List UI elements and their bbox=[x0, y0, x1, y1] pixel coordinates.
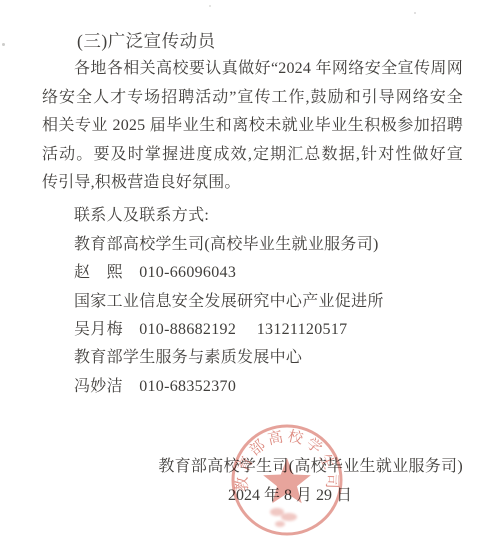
contact-person-line: 冯妙洁 010-68352370 bbox=[74, 373, 463, 401]
paragraph-line: 活动。要及时掌握进度成效,定期汇总数据,针对性做好宣 bbox=[42, 141, 463, 169]
body-paragraph: 各地各相关高校要认真做好“2024 年网络安全宣传周网 络安全人才专场招聘活动”… bbox=[42, 55, 463, 197]
paragraph-line: 各地各相关高校要认真做好“2024 年网络安全宣传周网 bbox=[42, 55, 463, 83]
contact-person-line: 赵 熙 010-66096043 bbox=[74, 259, 463, 287]
signature-block: 教育部高校学生司(高校毕业生就业服务司) 2024 年 8 月 29 日 bbox=[42, 453, 463, 510]
seal-smudge bbox=[270, 508, 297, 527]
signature-org: 教育部高校学生司(高校毕业生就业服务司) bbox=[158, 453, 463, 481]
contact-org-line: 教育部高校学生司(高校毕业生就业服务司) bbox=[74, 231, 463, 259]
document-page: (三)广泛宣传动员 各地各相关高校要认真做好“2024 年网络安全宣传周网 络安… bbox=[0, 0, 499, 510]
contact-org-line: 教育部学生服务与素质发展中心 bbox=[74, 344, 463, 372]
paragraph-line: 传引导,积极营造良好氛围。 bbox=[42, 169, 463, 197]
scan-speck bbox=[414, 12, 416, 14]
contact-block: 联系人及联系方式: 教育部高校学生司(高校毕业生就业服务司) 赵 熙 010-6… bbox=[42, 202, 463, 401]
contact-org-line: 国家工业信息安全发展研究中心产业促进所 bbox=[74, 288, 463, 316]
paragraph-line: 络安全人才专场招聘活动”宣传工作,鼓励和引导网络安全 bbox=[42, 84, 463, 112]
scan-speck bbox=[209, 5, 211, 7]
contact-header: 联系人及联系方式: bbox=[74, 202, 463, 230]
paragraph-line: 相关专业 2025 届毕业生和离校未就业毕业生积极参加招聘 bbox=[42, 112, 463, 140]
signature-date: 2024 年 8 月 29 日 bbox=[125, 482, 455, 510]
contact-person-line: 吴月梅 010-88682192 13121120517 bbox=[74, 316, 463, 344]
scan-speck bbox=[144, 34, 146, 36]
scan-speck bbox=[2, 43, 5, 46]
section-heading: (三)广泛宣传动员 bbox=[42, 27, 463, 55]
